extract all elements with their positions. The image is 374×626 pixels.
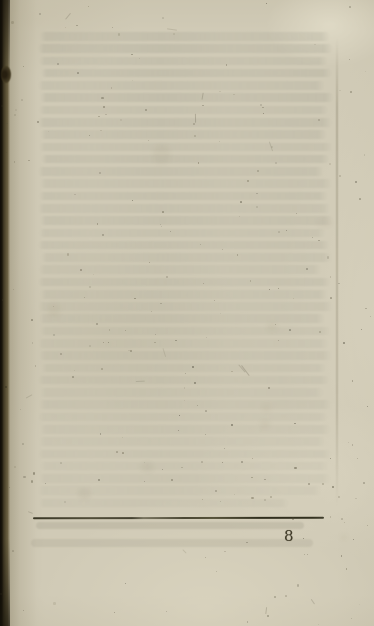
speck — [330, 516, 331, 517]
speck — [348, 442, 349, 443]
binding-edge — [0, 0, 10, 626]
faded-text-line — [40, 290, 328, 299]
faded-text-line — [38, 204, 331, 213]
paper-fiber — [182, 549, 186, 553]
paper-fiber — [266, 607, 268, 614]
faded-text-block — [38, 32, 334, 511]
faded-text-line — [39, 106, 329, 115]
page-crease — [336, 38, 338, 506]
speck — [125, 583, 126, 584]
speck — [65, 27, 66, 29]
speck — [351, 618, 352, 619]
speck — [28, 160, 30, 162]
speck — [88, 6, 89, 7]
faded-text-line — [38, 81, 325, 90]
speck — [31, 480, 33, 483]
faded-text-line — [41, 155, 330, 164]
speck — [365, 71, 367, 73]
speck — [12, 550, 14, 552]
paper-blotch — [341, 535, 347, 540]
speck — [35, 365, 36, 367]
faded-text-line — [38, 376, 330, 385]
speck — [304, 554, 305, 555]
speck — [13, 289, 14, 290]
speck — [339, 90, 341, 91]
speck — [23, 66, 24, 67]
speck — [76, 25, 78, 27]
speck — [357, 458, 358, 459]
speck — [344, 522, 345, 523]
ghost-text-line — [36, 522, 304, 529]
speck — [318, 624, 319, 625]
speck — [355, 181, 357, 184]
book-page-scan: 8 — [0, 0, 374, 626]
footer-rule — [33, 517, 324, 520]
speck — [247, 621, 249, 623]
speck — [31, 319, 33, 321]
faded-text-line — [38, 118, 332, 127]
faded-text-line — [38, 278, 331, 287]
speck — [14, 161, 15, 163]
faded-text-line — [39, 229, 326, 238]
speck — [297, 584, 299, 586]
faded-text-line — [39, 474, 331, 483]
speck — [341, 518, 343, 520]
speck — [364, 154, 365, 155]
speck — [205, 557, 206, 558]
speck — [224, 551, 226, 553]
faded-text-line — [41, 253, 332, 262]
faded-text-line — [39, 143, 333, 152]
speck — [341, 555, 342, 556]
speck — [352, 380, 354, 382]
speck — [359, 198, 361, 200]
faded-text-line — [38, 167, 324, 176]
speck — [339, 175, 341, 177]
speck — [352, 444, 353, 445]
paper-fiber — [311, 599, 315, 604]
speck — [53, 602, 55, 605]
speck — [14, 466, 16, 468]
speck — [338, 283, 340, 285]
speck — [216, 571, 217, 572]
faded-text-line — [39, 400, 332, 409]
faded-text-line — [39, 499, 289, 508]
speck — [21, 99, 23, 101]
gutter-shadow — [9, 0, 37, 626]
speck — [11, 21, 13, 24]
speck — [349, 59, 350, 60]
faded-text-line — [41, 69, 332, 78]
speck — [370, 316, 371, 317]
faded-text-line — [40, 327, 331, 336]
faded-text-line — [38, 241, 330, 250]
faded-text-line — [39, 351, 332, 360]
faded-text-line — [40, 462, 329, 471]
faded-text-line — [39, 192, 328, 201]
speck — [112, 27, 113, 28]
paper-fiber — [167, 28, 177, 30]
speck — [353, 539, 354, 540]
faded-text-line — [39, 437, 326, 446]
speck — [166, 611, 167, 612]
speck — [267, 615, 269, 617]
speck — [363, 482, 365, 484]
faded-text-line — [40, 93, 334, 102]
speck — [114, 612, 115, 613]
speck — [22, 443, 24, 445]
speck — [367, 525, 369, 527]
speck — [162, 17, 164, 19]
speck — [285, 595, 287, 597]
speck — [346, 568, 348, 570]
faded-text-line — [38, 413, 328, 422]
faded-text-line — [38, 339, 329, 348]
speck — [349, 6, 350, 7]
faded-text-line — [39, 57, 328, 66]
speck — [23, 476, 25, 478]
speck — [39, 13, 41, 15]
speck — [20, 409, 21, 410]
speck — [350, 91, 352, 93]
faded-text-line — [39, 314, 325, 323]
speck — [14, 114, 16, 116]
faded-text-line — [38, 302, 333, 311]
speck — [33, 472, 35, 474]
faded-text-line — [40, 179, 332, 188]
speck — [274, 596, 276, 598]
speck — [355, 498, 357, 499]
faded-text-line — [40, 216, 333, 225]
faded-text-line — [40, 32, 330, 41]
speck — [343, 342, 345, 344]
speck — [359, 604, 361, 606]
speck — [15, 109, 17, 111]
faded-text-line — [40, 130, 327, 139]
speck — [266, 3, 267, 4]
speck — [365, 308, 367, 309]
faded-text-line — [41, 364, 327, 373]
faded-text-line — [39, 265, 322, 274]
faded-text-line — [40, 388, 324, 397]
page-number: 8 — [284, 529, 294, 544]
speck — [23, 610, 24, 611]
paper-fiber — [28, 511, 33, 513]
faded-text-line — [38, 450, 332, 459]
speck — [32, 342, 34, 344]
speck — [367, 406, 368, 407]
speck — [307, 554, 308, 555]
faded-text-line — [40, 425, 331, 434]
faded-text-line — [38, 44, 333, 53]
ghost-text-line — [31, 539, 313, 547]
paper-fiber — [65, 13, 71, 20]
sewing-knot — [1, 66, 11, 83]
speck — [361, 329, 362, 330]
paper-fiber — [26, 395, 32, 399]
speck — [338, 496, 339, 497]
faded-text-line — [38, 486, 322, 495]
